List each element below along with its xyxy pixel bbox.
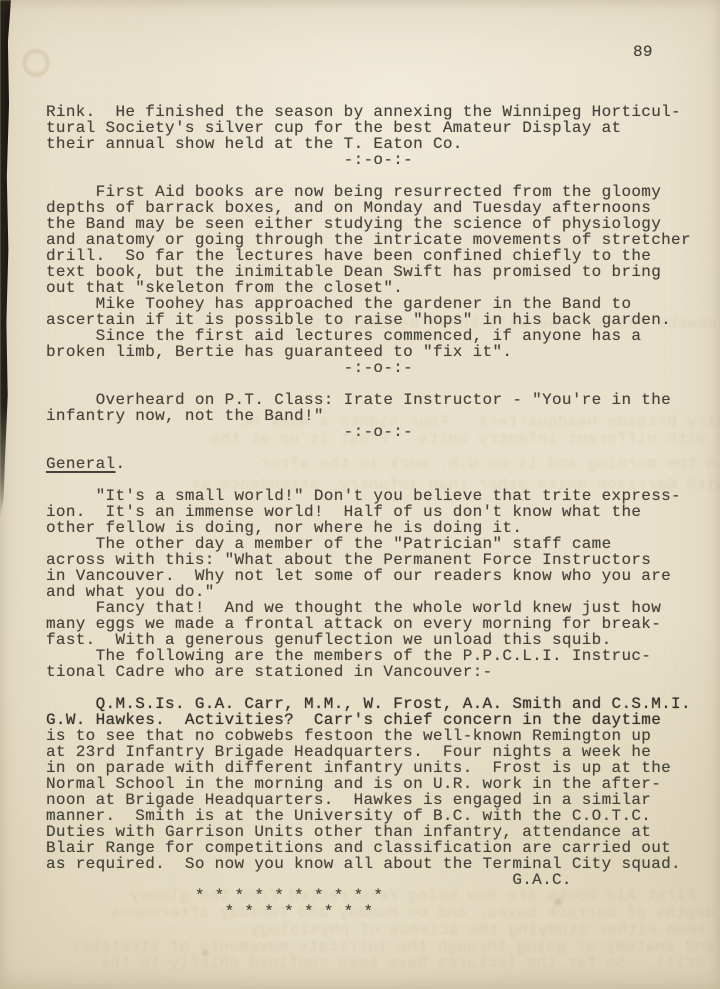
text-line: * * * * * * * * * *	[46, 888, 720, 904]
page-number: 89	[633, 44, 653, 60]
intro-section-lines: Rink. He finished the season by annexing…	[46, 104, 720, 456]
bleedthrough-text: drill. So far the lectures have been con…	[100, 955, 705, 971]
text-line: and what you do."	[46, 584, 720, 600]
scan-left-edge-shadow	[0, 0, 11, 520]
text-line: tural Society's silver cup for the best …	[46, 120, 720, 136]
text-line: drill. So far the lectures have been con…	[46, 248, 720, 264]
text-line: as required. So now you know all about t…	[46, 856, 720, 872]
text-line: Normal School in the morning and is on U…	[46, 776, 720, 792]
text-line	[46, 440, 720, 456]
bleedthrough-text: and anatomy or going through the intrica…	[70, 939, 715, 955]
text-line: Fancy that! And we thought the whole wor…	[46, 600, 720, 616]
text-line: their annual show held at the T. Eaton C…	[46, 136, 720, 152]
text-line	[46, 168, 720, 184]
text-line: across with this: "What about the Perman…	[46, 552, 720, 568]
text-line: -:-o-:-	[46, 152, 720, 168]
text-line: Since the first aid lectures commenced, …	[46, 328, 720, 344]
text-line: noon at Brigade Headquarters. Hawkes is …	[46, 792, 720, 808]
text-line: the Band may be seen either studying the…	[46, 216, 720, 232]
text-line: The other day a member of the "Patrician…	[46, 536, 720, 552]
text-line: First Aid books are now being resurrecte…	[46, 184, 720, 200]
text-line: * * * * * * * *	[46, 904, 720, 920]
text-line: Rink. He finished the season by annexing…	[46, 104, 720, 120]
text-line: in Vancouver. Why not let some of our re…	[46, 568, 720, 584]
text-line: other fellow is doing, nor where he is d…	[46, 520, 720, 536]
text-line: Blair Range for competitions and classif…	[46, 840, 720, 856]
text-line	[46, 472, 720, 488]
text-line: fast. With a generous genuflection we un…	[46, 632, 720, 648]
text-line: The following are the members of the P.P…	[46, 648, 720, 664]
text-line: ion. It's an immense world! Half of us d…	[46, 504, 720, 520]
paper-speck	[200, 948, 210, 958]
text-line: and anatomy or going through the intrica…	[46, 232, 720, 248]
text-line: in on parade with different infantry uni…	[46, 760, 720, 776]
text-line: Overheard on P.T. Class: Irate Instructo…	[46, 392, 720, 408]
bleedthrough-text: the Band may be seen either studying the…	[250, 922, 720, 938]
text-line: tional Cadre who are stationed in Vancou…	[46, 664, 720, 680]
text-line: Q.M.S.Is. G.A. Carr, M.M., W. Frost, A.A…	[46, 696, 720, 712]
text-line: many eggs we made a frontal attack on ev…	[46, 616, 720, 632]
text-line: manner. Smith is at the University of B.…	[46, 808, 720, 824]
text-line: at 23rd Infantry Brigade Headquarters. F…	[46, 744, 720, 760]
text-line: infantry now, not the Band!"	[46, 408, 720, 424]
text-line: ascertain if it is possible to raise "ho…	[46, 312, 720, 328]
general-section-lines: "It's a small world!" Don't you believe …	[46, 472, 720, 920]
section-heading-general: General.	[46, 456, 720, 472]
text-line: Mike Toohey has approached the gardener …	[46, 296, 720, 312]
text-line: "It's a small world!" Don't you believe …	[46, 488, 720, 504]
text-line: G.W. Hawkes. Activities? Carr's chief co…	[46, 712, 720, 728]
section-heading-period: .	[115, 455, 125, 473]
text-line: -:-o-:-	[46, 360, 720, 376]
text-line: broken limb, Bertie has guaranteed to "f…	[46, 344, 720, 360]
text-line: is to see that no cobwebs festoon the we…	[46, 728, 720, 744]
typewritten-text: Rink. He finished the season by annexing…	[46, 104, 720, 920]
section-heading-word: General	[46, 455, 115, 473]
text-line: G.A.C.	[46, 872, 720, 888]
text-line: Duties with Garrison Units other than in…	[46, 824, 720, 840]
text-line: depths of barrack boxes, and on Monday a…	[46, 200, 720, 216]
text-line: -:-o-:-	[46, 424, 720, 440]
text-line	[46, 680, 720, 696]
text-line: out that "skeleton from the closet".	[46, 280, 720, 296]
paper-stain	[22, 48, 50, 78]
scanned-page: is to see that no cobwebs festoon the we…	[0, 0, 720, 989]
text-line: text book, but the inimitable Dean Swift…	[46, 264, 720, 280]
text-line	[46, 376, 720, 392]
